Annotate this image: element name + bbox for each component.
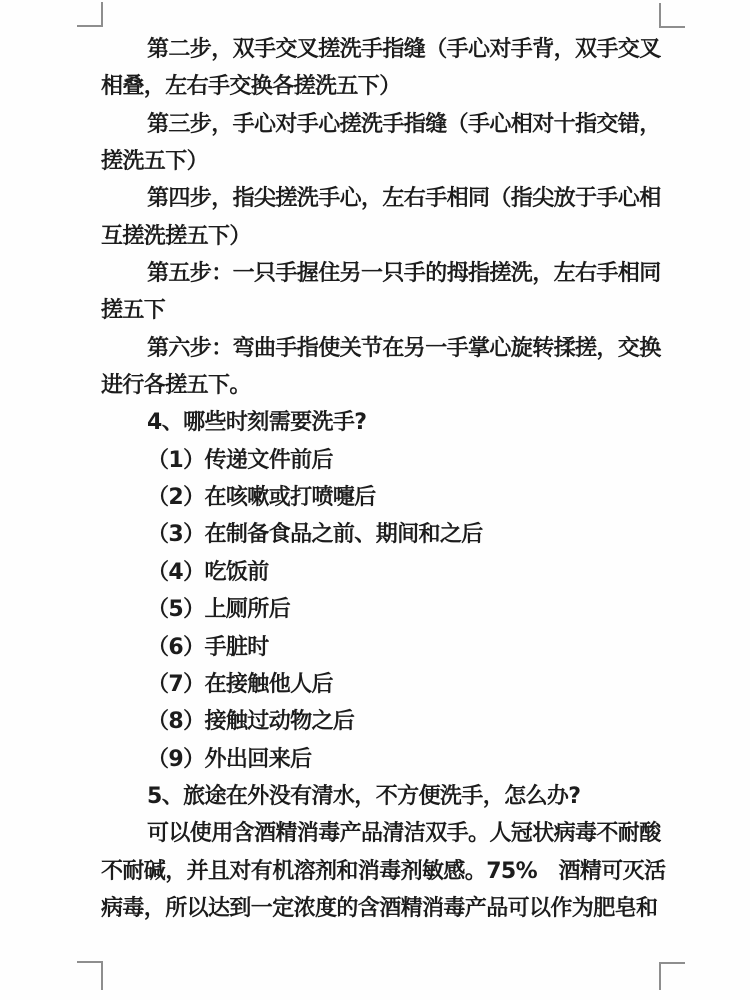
document-line list-item: （1）传递文件前后 xyxy=(101,442,681,479)
document-line: 互搓洗搓五下） xyxy=(101,218,681,255)
document-line list-item: （4）吃饭前 xyxy=(101,554,681,591)
document-line list-item: （9）外出回来后 xyxy=(101,741,681,778)
document-line: 相叠，左右手交换各搓洗五下） xyxy=(101,68,681,105)
document-line: 进行各搓五下。 xyxy=(101,367,681,404)
document-line: 搓五下 xyxy=(101,292,681,329)
text-boundary-corner-mark-bottom-left xyxy=(77,961,103,990)
document-line: 搓洗五下） xyxy=(101,143,681,180)
document-line: 第三步，手心对手心搓洗手指缝（手心相对十指交错， xyxy=(101,106,681,143)
text-boundary-corner-mark-bottom-right xyxy=(659,962,685,990)
text-boundary-corner-mark-top-right xyxy=(659,3,685,28)
text-boundary-corner-mark-top-left xyxy=(77,2,103,27)
document-line list-item: （8）接触过动物之后 xyxy=(101,703,681,740)
document-line list-item: （6）手脏时 xyxy=(101,629,681,666)
document-line: 不耐碱，并且对有机溶剂和消毒剂敏感。75% 酒精可灭活 xyxy=(101,853,681,890)
document-line: 第四步，指尖搓洗手心，左右手相同（指尖放于手心相 xyxy=(101,180,681,217)
document-line section-heading: 5、旅途在外没有清水，不方便洗手，怎么办? xyxy=(101,778,681,815)
document-line: 第二步，双手交叉搓洗手指缝（手心对手背，双手交叉 xyxy=(101,31,681,68)
document-line: 第五步：一只手握住另一只手的拇指搓洗，左右手相同 xyxy=(101,255,681,292)
document-page: 第二步，双手交叉搓洗手指缝（手心对手背，双手交叉 相叠，左右手交换各搓洗五下） … xyxy=(0,0,750,1000)
document-line list-item: （5）上厕所后 xyxy=(101,591,681,628)
document-line section-heading: 4、哪些时刻需要洗手? xyxy=(101,404,681,441)
document-line list-item: （2）在咳嗽或打喷嚏后 xyxy=(101,479,681,516)
document-line list-item: （3）在制备食品之前、期间和之后 xyxy=(101,516,681,553)
document-text-block: 第二步，双手交叉搓洗手指缝（手心对手背，双手交叉 相叠，左右手交换各搓洗五下） … xyxy=(101,31,681,927)
document-line: 第六步：弯曲手指使关节在另一手掌心旋转揉搓，交换 xyxy=(101,330,681,367)
document-line: 可以使用含酒精消毒产品清洁双手。人冠状病毒不耐酸 xyxy=(101,815,681,852)
document-line list-item: （7）在接触他人后 xyxy=(101,666,681,703)
document-line: 病毒，所以达到一定浓度的含酒精消毒产品可以作为肥皂和 xyxy=(101,890,681,927)
